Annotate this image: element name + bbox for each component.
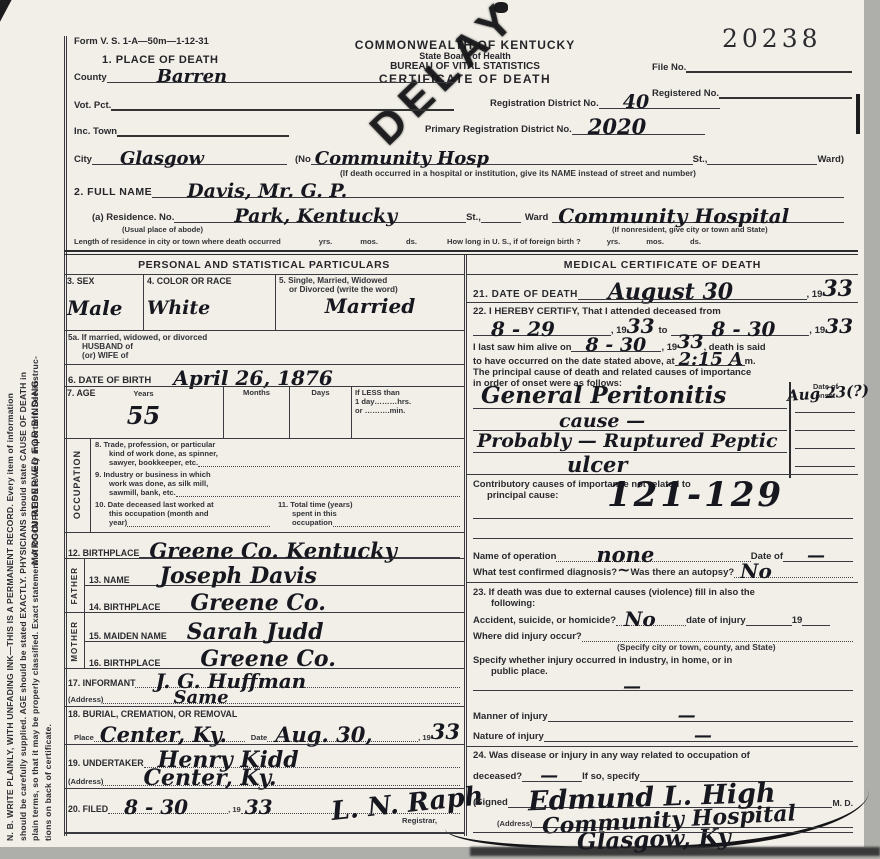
mother-birthplace-row: 16. BIRTHPLACE Greene Co. (85, 642, 464, 668)
marital-cell: 5. Single, Married, Widowed or Divorced … (276, 274, 464, 330)
certify-line: 22. I HEREBY CERTIFY, That I attended de… (473, 306, 721, 317)
institution-line: Community Hosp (311, 163, 693, 165)
birthplace-label: 12. BIRTHPLACE (68, 548, 139, 558)
city-line: Glasgow (92, 163, 287, 165)
filed-date-value: 8 - 30 (124, 797, 188, 817)
date-of-death-label: 21. DATE OF DEATH (473, 289, 578, 300)
yrs2-label: yrs. (607, 237, 621, 246)
mos2-label: mos. (646, 237, 664, 246)
date-of-death-line: August 30 (578, 298, 807, 300)
burial-place-line: Center, Ky. (94, 740, 245, 742)
f9-blank (176, 495, 460, 497)
from-value: 8 - 29 (491, 319, 555, 339)
certificate-number: 20238 (722, 24, 822, 53)
inc-town-row: Inc. Town (74, 126, 289, 137)
f11-line1: 11. Total time (years) (278, 500, 460, 509)
specify-line-1: Specify whether injury occurred in indus… (473, 654, 732, 665)
deceased-value: — (540, 767, 558, 785)
to-value: 8 - 30 (711, 319, 775, 339)
undertaker-address-line: Center, Ky. (103, 784, 460, 786)
onset-value: Aug 23(?) (787, 383, 870, 404)
age-years-cell: 7. AGE Years 55 (64, 386, 224, 438)
mother-birthplace-value: Greene Co. (200, 648, 335, 670)
rule-23 (467, 582, 858, 583)
medical-column: MEDICAL CERTIFICATE OF DEATH 21. DATE OF… (467, 256, 858, 848)
husband-wife-block: 5a. If married, widowed, or divorced HUS… (68, 333, 207, 360)
informant-label: 17. INFORMANT (68, 678, 135, 688)
inc-town-line (117, 134, 289, 137)
accident-line: No (616, 624, 686, 626)
voting-precinct-row: Vot. Pct. (74, 100, 454, 111)
date-of-death-value: August 30 (608, 281, 733, 303)
accident-label: Accident, suicide, or homicide? (473, 615, 616, 626)
where-injury-note: (Specify city or town, county, and State… (617, 642, 776, 652)
f5a-label-3: (or) WIFE of (82, 351, 207, 360)
rule-19 (64, 744, 464, 745)
dob-value: April 26, 1876 (173, 368, 333, 388)
operation-row: Name of operation none Date of — (473, 544, 853, 562)
registrar-sig-line: L. N. Raph (301, 812, 460, 814)
primary-district-label: Primary Registration District No. (425, 124, 572, 135)
external-causes-line-1: 23. If death was due to external causes … (473, 586, 755, 597)
burial-date-line: Aug. 30, (267, 740, 418, 742)
left-bottom-rule (64, 832, 464, 834)
city-row: City Glasgow (No Community Hosp St., War… (74, 154, 844, 165)
margin-instructions: N. B. WRITE PLAINLY, WITH UNFADING INK—T… (4, 29, 54, 841)
age-less-cell: If LESS than 1 day………hrs. or ……….min. (352, 386, 464, 438)
filed-date-line: 8 - 30 (108, 812, 228, 814)
no-paren-label: (No (295, 154, 311, 165)
undertaker-address-row: (Address) Center, Ky. (68, 770, 460, 786)
age-months-header: Months (227, 388, 286, 397)
contributory-value: 121-129 (607, 478, 784, 512)
file-no-blank (686, 70, 852, 73)
father-fields: 13. NAME Joseph Davis 14. BIRTHPLACE Gre… (85, 559, 464, 613)
margin-line-1: N. B. WRITE PLAINLY, WITH UNFADING INK—T… (4, 29, 17, 841)
where-injury-row: Where did injury occur? (473, 628, 853, 642)
to-year: 33 (825, 316, 853, 336)
file-no-label: File No. (652, 62, 686, 73)
nature-label: Nature of injury (473, 731, 544, 742)
contributory-line-2: principal cause: (487, 489, 558, 500)
test-autopsy-row: What test confirmed diagnosis? ~ Was the… (473, 562, 853, 578)
f11-line3: occupation (292, 518, 333, 527)
primary-district-line: 2020 (572, 133, 705, 135)
last-saw-row: I last saw him alive on 8 - 30 , 19 33 ,… (473, 338, 853, 352)
ward-paren-label: Ward) (817, 154, 844, 165)
onset-rule-2 (795, 430, 855, 431)
test-label: What test confirmed diagnosis? (473, 567, 617, 578)
length-of-residence-row: Length of residence in city or town wher… (74, 237, 852, 246)
injury-date-line (746, 624, 792, 626)
residence-label: (a) Residence. No. (92, 212, 174, 223)
filed-year-line: 33 (241, 812, 301, 814)
occupation-related-line: 24. Was disease or injury in any way rel… (473, 750, 750, 761)
margin-line-2: should be carefully supplied. AGE should… (17, 29, 30, 841)
nonresident-note: (If nonresident, give city or town and S… (612, 225, 768, 234)
f8-line3: sawyer, bookkeeper, etc. (109, 458, 198, 467)
full-name-row: 2. FULL NAME Davis, Mr. G. P. (74, 186, 844, 198)
cause-line-rule-3 (473, 452, 787, 453)
length-label: Length of residence in city or town wher… (74, 237, 281, 246)
mother-vertical-label: MOTHER (70, 621, 79, 662)
f11-block: 11. Total time (years) spent in this occ… (278, 500, 460, 527)
manner-value: — (678, 707, 696, 725)
occurred-row: to have occurred on the date stated abov… (473, 352, 853, 366)
margin-line-4: tions on back of certificate. (42, 29, 55, 841)
last-saw-label: I last saw him alive on (473, 341, 571, 352)
specify-blank-line: — (473, 690, 853, 691)
occurred-label: to have occurred on the date stated abov… (473, 355, 675, 366)
father-name-row: 13. NAME Joseph Davis (85, 559, 464, 586)
full-name-label: 2. FULL NAME (74, 186, 152, 198)
f5a-label-1: 5a. If married, widowed, or divorced (68, 333, 207, 342)
f10-block: 10. Date deceased last worked at this oc… (95, 500, 270, 527)
attended-dates-row: 8 - 29 , 19 33 to 8 - 30 , 19 33 (473, 318, 853, 336)
mother-fields: 15. MAIDEN NAME Sarah Judd 16. BIRTHPLAC… (85, 613, 464, 669)
age-label: 7. AGE (67, 388, 96, 398)
marital-value: Married (279, 296, 461, 316)
color-cell: 4. COLOR OR RACE White (144, 274, 276, 330)
full-name-value: Davis, Mr. G. P. (187, 182, 347, 201)
occupation-vertical-cell: OCCUPATION (64, 438, 91, 532)
occupation-block: OCCUPATION 8. Trade, profession, or part… (64, 438, 464, 532)
f10-line2: this occupation (month and (109, 509, 270, 518)
informant-address-row: (Address) Same (68, 688, 460, 704)
father-birthplace-label: 14. BIRTHPLACE (89, 602, 160, 612)
st-label: St., (693, 154, 708, 165)
onset-rule-3 (795, 448, 855, 449)
medical-title-rule (467, 274, 858, 275)
voting-precinct-label: Vot. Pct. (74, 100, 111, 111)
accident-row: Accident, suicide, or homicide? No date … (473, 610, 853, 626)
undertaker-address-value: Center, Ky. (143, 767, 276, 789)
burial-detail-row: Place Center, Ky. Date Aug. 30, , 19 33 (74, 722, 460, 742)
address-rule-2 (473, 832, 853, 833)
sex-cell: 3. SEX Male (64, 274, 144, 330)
cause-value-4: ulcer (567, 454, 627, 475)
burial-date-value: Aug. 30, (275, 724, 372, 745)
rule-5a (64, 330, 464, 331)
personal-title: PERSONAL AND STATISTICAL PARTICULARS (64, 256, 464, 271)
filed-row: 20. FILED 8 - 30 , 19 33 L. N. Raph (68, 792, 460, 814)
age-days-cell: Days (290, 386, 352, 438)
undertaker-label: 19. UNDERTAKER (68, 758, 144, 768)
father-birthplace-row: 14. BIRTHPLACE Greene Co. (85, 586, 464, 612)
burial-label: 18. BURIAL, CREMATION, OR REMOVAL (68, 709, 237, 719)
informant-address-value: Same (173, 689, 228, 707)
occupation-fields: 8. Trade, profession, or particular kind… (91, 438, 464, 532)
form-number: Form V. S. 1-A—50m—1-12-31 (74, 36, 209, 47)
informant-address-line: Same (103, 702, 460, 704)
f5a-label-2: HUSBAND of (82, 342, 207, 351)
medical-title: MEDICAL CERTIFICATE OF DEATH (467, 256, 858, 271)
st2-label: St., (466, 212, 481, 223)
sex-label: 3. SEX (67, 276, 140, 286)
institution-value: Community Hosp (315, 150, 489, 168)
howlong-label: How long in U. S., if of foreign birth ? (447, 237, 581, 246)
m-label: m. (745, 355, 756, 366)
autopsy-label: Was there an autopsy? (631, 567, 735, 578)
f8-blank (198, 465, 460, 467)
date-of-onset-box: Date of onset Aug 23(?) (789, 382, 860, 478)
f8-line2: kind of work done, as spinner, (109, 449, 460, 458)
place-of-death-heading: 1. PLACE OF DEATH (102, 54, 218, 66)
f11-line2: spent in this (292, 509, 460, 518)
residence-value: Park, Kentucky (234, 207, 397, 226)
cause-value-2: cause — (559, 412, 645, 431)
abode-note: (Usual place of abode) (122, 225, 203, 234)
signed-row: (Signed Edmund L. High M. D. (473, 786, 853, 808)
operation-label: Name of operation (473, 551, 556, 562)
nature-line: — (544, 740, 853, 742)
margin-binding-label: MARGIN RESERVED FOR BINDING (30, 275, 41, 565)
death-certificate-scan: N. B. WRITE PLAINLY, WITH UNFADING INK—T… (0, 0, 880, 859)
date-of-death-year: 33 (822, 278, 853, 300)
county-value: Barren (157, 68, 227, 86)
city-label: City (74, 154, 92, 165)
ward-label: Ward (525, 212, 548, 223)
where-injury-label: Where did injury occur? (473, 631, 582, 642)
md-label: M. D. (832, 798, 853, 808)
county-label: County (74, 72, 107, 83)
sex-value: Male (67, 298, 140, 318)
primary-district-row: Primary Registration District No. 2020 (425, 124, 705, 135)
burial-year-value: 33 (431, 721, 460, 742)
f10-f11-row: 10. Date deceased last worked at this oc… (95, 500, 460, 527)
father-vertical-cell: FATHER (64, 559, 85, 613)
to-19: , 19 (809, 325, 825, 336)
registered-no-blank (719, 96, 852, 99)
f10-blank (127, 525, 270, 527)
mother-maiden-value: Sarah Judd (187, 621, 324, 643)
rule-24 (467, 746, 858, 747)
father-block: FATHER 13. NAME Joseph Davis 14. BIRTHPL… (64, 558, 464, 613)
registration-district-label: Registration District No. (490, 98, 599, 109)
father-birthplace-value: Greene Co. (190, 592, 325, 614)
primary-district-value: 2020 (588, 116, 646, 137)
autopsy-value: No (740, 561, 772, 581)
manner-label: Manner of injury (473, 711, 548, 722)
mother-vertical-cell: MOTHER (64, 613, 85, 669)
cause-value-3: Probably — Ruptured Peptic (477, 432, 778, 451)
age-less-1: If LESS than (355, 388, 461, 397)
contrib-rule-1 (473, 518, 853, 519)
injury-19-label: 19 (792, 615, 803, 626)
contrib-rule-2 (473, 538, 853, 539)
age-years-value: 55 (67, 404, 220, 428)
date-of-death-row: 21. DATE OF DEATH August 30 , 19 33 (473, 280, 853, 300)
age-months-cell: Months (224, 386, 290, 438)
principal-line-1: The principal cause of death and related… (473, 366, 751, 377)
scan-mark-right-edge (856, 94, 860, 134)
age-row: 7. AGE Years 55 Months Days If LESS than… (64, 386, 464, 438)
burial-19-label: , 19 (418, 733, 431, 742)
age-days-header: Days (293, 388, 348, 397)
residence-ward-blank (481, 221, 521, 223)
date-of-death-19: , 19 (807, 289, 823, 300)
ifso-label: If so, specify (582, 771, 640, 782)
occupation-vertical-label: OCCUPATION (72, 450, 82, 519)
specify-value: — (623, 678, 641, 696)
father-name-label: 13. NAME (89, 575, 130, 585)
f10-line3: year) (109, 518, 127, 527)
burial-date-label: Date (251, 733, 267, 742)
filed-year-value: 33 (245, 797, 273, 817)
autopsy-line: No (734, 576, 853, 578)
undertaker-address-label: (Address) (68, 777, 103, 786)
signed-label: (Signed (473, 797, 508, 808)
physician-address-label: (Address) (497, 819, 532, 828)
informant-address-label: (Address) (68, 695, 103, 704)
registration-district-line: 40 (599, 107, 720, 109)
voting-precinct-line (111, 108, 454, 111)
county-line: Barren (107, 81, 454, 83)
filed-label: 20. FILED (68, 804, 108, 814)
file-no-row: File No. (652, 62, 852, 73)
marital-label-1: 5. Single, Married, Widowed (279, 276, 461, 285)
f9-line2: work was done, as silk mill, (109, 479, 460, 488)
onset-rule-1 (795, 412, 855, 413)
burial-place-label: Place (74, 733, 94, 742)
father-name-value: Joseph Davis (160, 565, 317, 587)
rule-12 (64, 532, 464, 533)
injury-year-line (802, 624, 830, 626)
registration-district-row: Registration District No. 40 (490, 98, 720, 109)
f9-line1: 9. Industry or business in which (95, 470, 460, 479)
specify-line-2: public place. (491, 665, 548, 676)
deceased-line: — (522, 780, 582, 782)
residence-row: (a) Residence. No. Park, Kentucky St., W… (92, 212, 844, 223)
yrs-label: yrs. (319, 237, 333, 246)
color-value: White (147, 299, 272, 318)
residence-line: Park, Kentucky (174, 221, 466, 223)
last-saw-19: , 19 (661, 341, 677, 352)
header-divider (64, 250, 858, 255)
full-name-line: Davis, Mr. G. P. (152, 196, 844, 198)
rule-22 (467, 302, 858, 303)
cause-area: General Peritonitis cause — Probably — R… (467, 388, 858, 474)
from-year: 33 (627, 316, 655, 336)
informant-row: 17. INFORMANT J. G. Huffman (68, 670, 460, 688)
manner-line: — (548, 720, 853, 722)
physician-city-value: Glasgow, Ky (577, 825, 732, 853)
residence-ward-value: Community Hospital (558, 206, 789, 226)
hospital-note: (If death occurred in a hospital or inst… (340, 168, 696, 178)
ds2-label: ds. (690, 237, 701, 246)
test-value: ~ (617, 562, 630, 578)
accident-value: No (624, 609, 656, 629)
registration-district-value: 40 (623, 93, 649, 112)
external-causes-line-2: following: (491, 597, 535, 608)
f9-line3: sawmill, bank, etc. (109, 488, 176, 497)
deceased-label: deceased? (473, 771, 522, 782)
birthplace-row: 12. BIRTHPLACE Greene Co. Kentucky (68, 536, 460, 558)
ward-line (707, 163, 817, 165)
nature-value: — (694, 727, 712, 745)
deceased-row: deceased? — If so, specify (473, 766, 853, 782)
age-less-2: 1 day………hrs. (355, 397, 461, 406)
registrar-label: Registrar, (402, 816, 437, 825)
rule-dob (64, 364, 464, 365)
rule-18 (64, 706, 464, 707)
sex-color-marital-row: 3. SEX Male 4. COLOR OR RACE White 5. Si… (64, 274, 464, 330)
personal-column: PERSONAL AND STATISTICAL PARTICULARS 3. … (64, 256, 464, 836)
cause-value-1: General Peritonitis (481, 384, 726, 407)
dob-row: 6. DATE OF BIRTH April 26, 1876 (68, 366, 460, 386)
father-vertical-label: FATHER (70, 567, 79, 604)
age-less-3: or ……….min. (355, 406, 461, 415)
inc-town-label: Inc. Town (74, 126, 117, 137)
to-label: to (659, 325, 668, 336)
mother-block: MOTHER 15. MAIDEN NAME Sarah Judd 16. BI… (64, 612, 464, 669)
mother-birthplace-label: 16. BIRTHPLACE (89, 658, 160, 668)
dob-label: 6. DATE OF BIRTH (68, 375, 151, 386)
f10-line1: 10. Date deceased last worked at (95, 500, 270, 509)
burial-place-value: Center, Ky. (100, 724, 227, 745)
marital-label-2: or Divorced (write the word) (289, 285, 461, 294)
mos-label: mos. (360, 237, 378, 246)
city-value: Glasgow (120, 150, 204, 168)
ds-label: ds. (406, 237, 417, 246)
f11-blank (333, 525, 460, 527)
mother-maiden-row: 15. MAIDEN NAME Sarah Judd (85, 613, 464, 642)
county-row: County Barren (74, 72, 454, 83)
residence-ward-line: Community Hospital (552, 221, 844, 223)
nature-row: Nature of injury — (473, 726, 853, 742)
f8-line1: 8. Trade, profession, or particular (95, 440, 460, 449)
filed-19-label: , 19 (228, 805, 241, 814)
injury-date-label: date of injury (686, 615, 746, 626)
manner-row: Manner of injury — (473, 706, 853, 722)
onset-rule-4 (795, 466, 855, 467)
mother-maiden-label: 15. MAIDEN NAME (89, 631, 167, 641)
color-label: 4. COLOR OR RACE (147, 276, 272, 286)
